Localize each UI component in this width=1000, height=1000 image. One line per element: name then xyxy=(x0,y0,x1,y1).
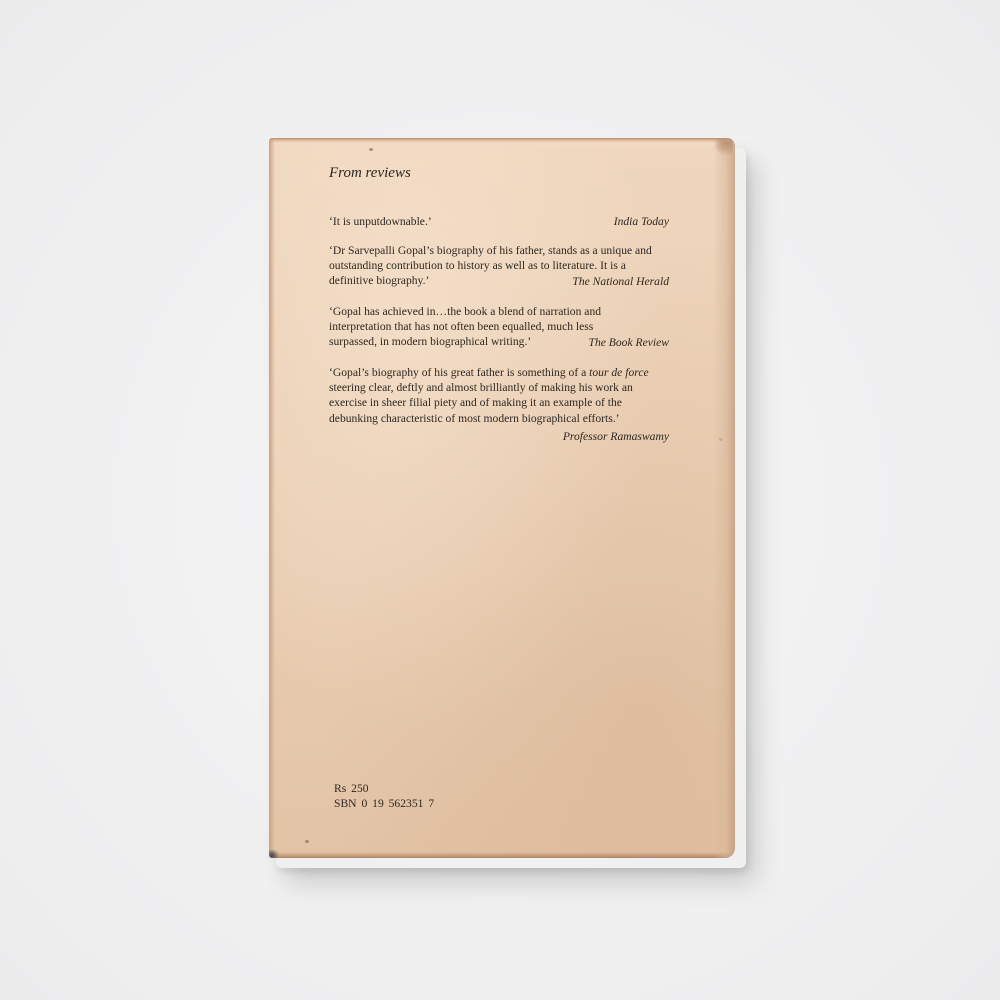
review-quote: ‘Gopal’s biography of his great father i… xyxy=(329,365,669,426)
corner-wear xyxy=(713,138,733,156)
review-source: Professor Ramaswamy xyxy=(329,429,669,444)
stain xyxy=(369,148,373,151)
review-3: ‘Gopal has achieved in…the book a blend … xyxy=(329,304,669,350)
price: Rs 250 xyxy=(334,781,434,796)
quote-italic-text: tour de force xyxy=(589,366,648,379)
review-4: ‘Gopal’s biography of his great father i… xyxy=(329,365,669,444)
review-1: ‘It is unputdownable.’ India Today xyxy=(329,214,669,229)
sbn-number: SBN 0 19 562351 7 xyxy=(334,796,434,811)
left-edge xyxy=(269,138,275,858)
review-2: ‘Dr Sarvepalli Gopal’s biography of his … xyxy=(329,243,669,289)
corner-wear-bottom xyxy=(269,850,279,858)
price-block: Rs 250 SBN 0 19 562351 7 xyxy=(334,781,434,811)
quote-text: steering clear, deftly and almost brilli… xyxy=(329,381,633,424)
bottom-edge xyxy=(269,852,735,858)
reviews-heading: From reviews xyxy=(329,165,411,182)
stain xyxy=(305,840,309,843)
stain xyxy=(719,438,723,441)
quote-text: ‘Gopal’s biography of his great father i… xyxy=(329,366,589,379)
